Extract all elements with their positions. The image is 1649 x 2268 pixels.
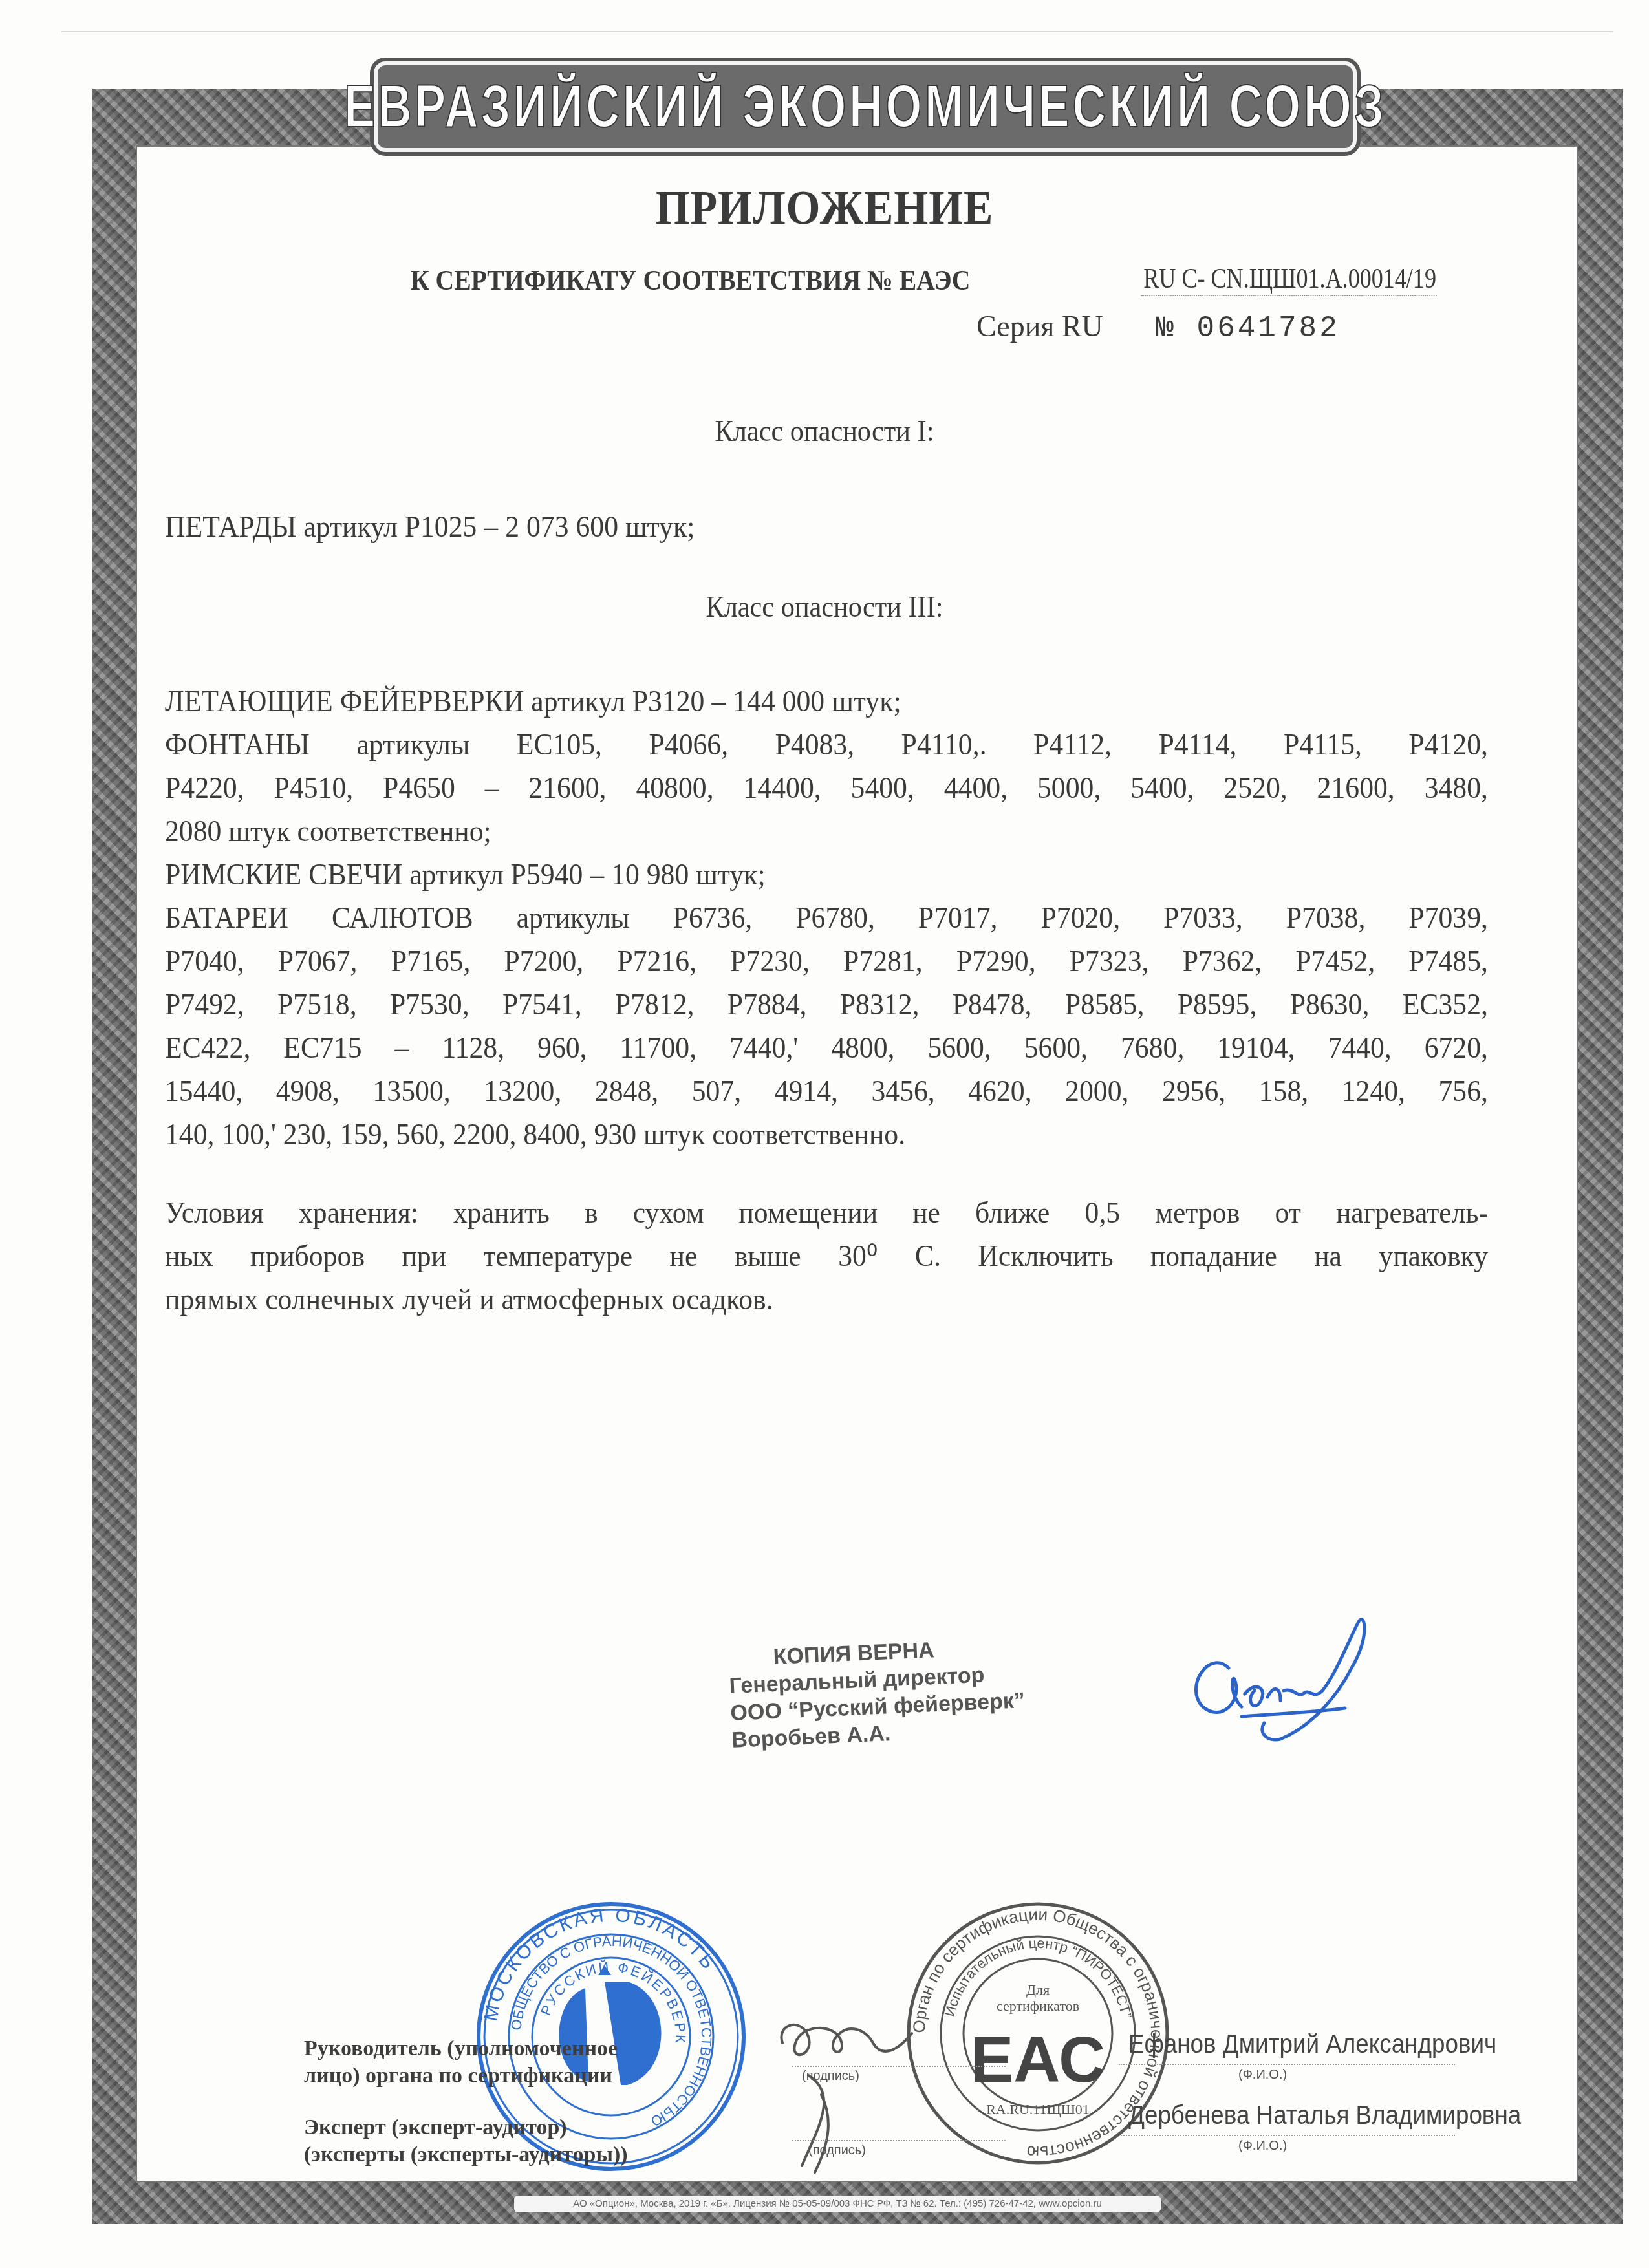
svg-text:ЕАС: ЕАС <box>971 2024 1106 2096</box>
class-3-paragraph: ЛЕТАЮЩИЕ ФЕЙЕРВЕРКИ артикул Р3120 – 144 … <box>165 680 1488 1157</box>
head-label: Руководитель (уполномоченное лицо) орган… <box>304 2035 618 2090</box>
product-line: 2080 штук соответственно; <box>165 810 1488 853</box>
series-line: Серия RU № 0641782 <box>976 309 1340 345</box>
product-line: Р7040, Р7067, Р7165, Р7200, Р7216, Р7230… <box>165 940 1488 983</box>
expert-signature-caption: (подпись) <box>808 2143 866 2158</box>
certificate-number: RU C- CN.ЩШ01.А.00014/19 <box>1141 262 1438 296</box>
expert-label: Эксперт (эксперт-аудитор) (эксперты (экс… <box>304 2114 628 2168</box>
product-line: ЕС422, ЕС715 – 1128, 960, 11700, 7440,' … <box>165 1027 1488 1070</box>
product-line: Р4220, Р4510, Р4650 – 21600, 40800, 1440… <box>165 767 1488 810</box>
head-label-line: лицо) органа по сертификации <box>304 2062 618 2090</box>
banner-text: ЕВРАЗИЙСКИЙ ЭКОНОМИЧЕСКИЙ СОЮЗ <box>344 73 1386 141</box>
head-signature-caption: (подпись) <box>802 2069 859 2084</box>
storage-line: Условия хранения: хранить в сухом помеще… <box>165 1192 1488 1235</box>
product-line: Р7492, Р7518, Р7530, Р7541, Р7812, Р7884… <box>165 983 1488 1027</box>
series-number: № 0641782 <box>1156 312 1339 345</box>
svg-text:Для: Для <box>1026 1982 1050 1998</box>
product-line: РИМСКИЕ СВЕЧИ артикул Р5940 – 10 980 шту… <box>165 853 1488 897</box>
head-label-line: Руководитель (уполномоченное <box>304 2035 618 2062</box>
hazard-class-1-heading: Класс опасности I: <box>66 414 1583 448</box>
series-label: Серия RU <box>976 310 1103 343</box>
scan-edge-line <box>61 31 1613 32</box>
director-signature <box>1183 1610 1416 1778</box>
expert-signature-line <box>792 2140 1006 2141</box>
svg-text:сертификатов: сертификатов <box>997 1998 1079 2014</box>
storage-line: прямых солнечных лучей и атмосферных оса… <box>165 1278 1488 1321</box>
expert-label-line: (эксперты (эксперты-аудиторы)) <box>304 2141 628 2168</box>
frame-content-area <box>136 145 1578 2182</box>
head-signature-line <box>792 2066 1006 2067</box>
copy-certified-stamp: КОПИЯ ВЕРНА Генеральный директор ООО “Ру… <box>727 1632 1026 1754</box>
head-name-line <box>1119 2064 1455 2065</box>
product-line: ЛЕТАЮЩИЕ ФЕЙЕРВЕРКИ артикул Р3120 – 144 … <box>165 680 1488 723</box>
expert-name: Дербенева Наталья Владимировна <box>1128 2101 1521 2130</box>
storage-line: ных приборов при температуре не выше 30⁰… <box>165 1235 1488 1278</box>
eaeu-banner: ЕВРАЗИЙСКИЙ ЭКОНОМИЧЕСКИЙ СОЮЗ <box>374 61 1357 152</box>
product-line: БАТАРЕИ САЛЮТОВ артикулы Р6736, Р6780, Р… <box>165 897 1488 940</box>
petards-line: ПЕТАРДЫ артикул Р1025 – 2 073 600 штук; <box>165 506 1488 549</box>
head-name: Ефанов Дмитрий Александрович <box>1128 2030 1496 2059</box>
document-title: ПРИЛОЖЕНИЕ <box>66 181 1583 236</box>
product-line: ФОНТАНЫ артикулы ЕС105, Р4066, Р4083, Р4… <box>165 723 1488 767</box>
printer-imprint: АО «Опцион», Москва, 2019 г. «Б». Лиценз… <box>514 2196 1161 2212</box>
class-1-paragraph: ПЕТАРДЫ артикул Р1025 – 2 073 600 штук; <box>165 506 1488 549</box>
certificate-prefix: К СЕРТИФИКАТУ СООТВЕТСТВИЯ № ЕАЭС <box>411 264 970 297</box>
head-fio-caption: (Ф.И.О.) <box>1238 2068 1287 2082</box>
expert-fio-caption: (Ф.И.О.) <box>1238 2139 1287 2154</box>
expert-name-line <box>1119 2135 1455 2136</box>
product-line: 140, 100,' 230, 159, 560, 2200, 8400, 93… <box>165 1113 1488 1157</box>
svg-text:RA.RU.11ЩШ01: RA.RU.11ЩШ01 <box>986 2101 1090 2117</box>
expert-label-line: Эксперт (эксперт-аудитор) <box>304 2114 628 2141</box>
storage-conditions: Условия хранения: хранить в сухом помеще… <box>165 1192 1488 1321</box>
hazard-class-3-heading: Класс опасности III: <box>66 590 1583 624</box>
product-line: 15440, 4908, 13500, 13200, 2848, 507, 49… <box>165 1070 1488 1113</box>
